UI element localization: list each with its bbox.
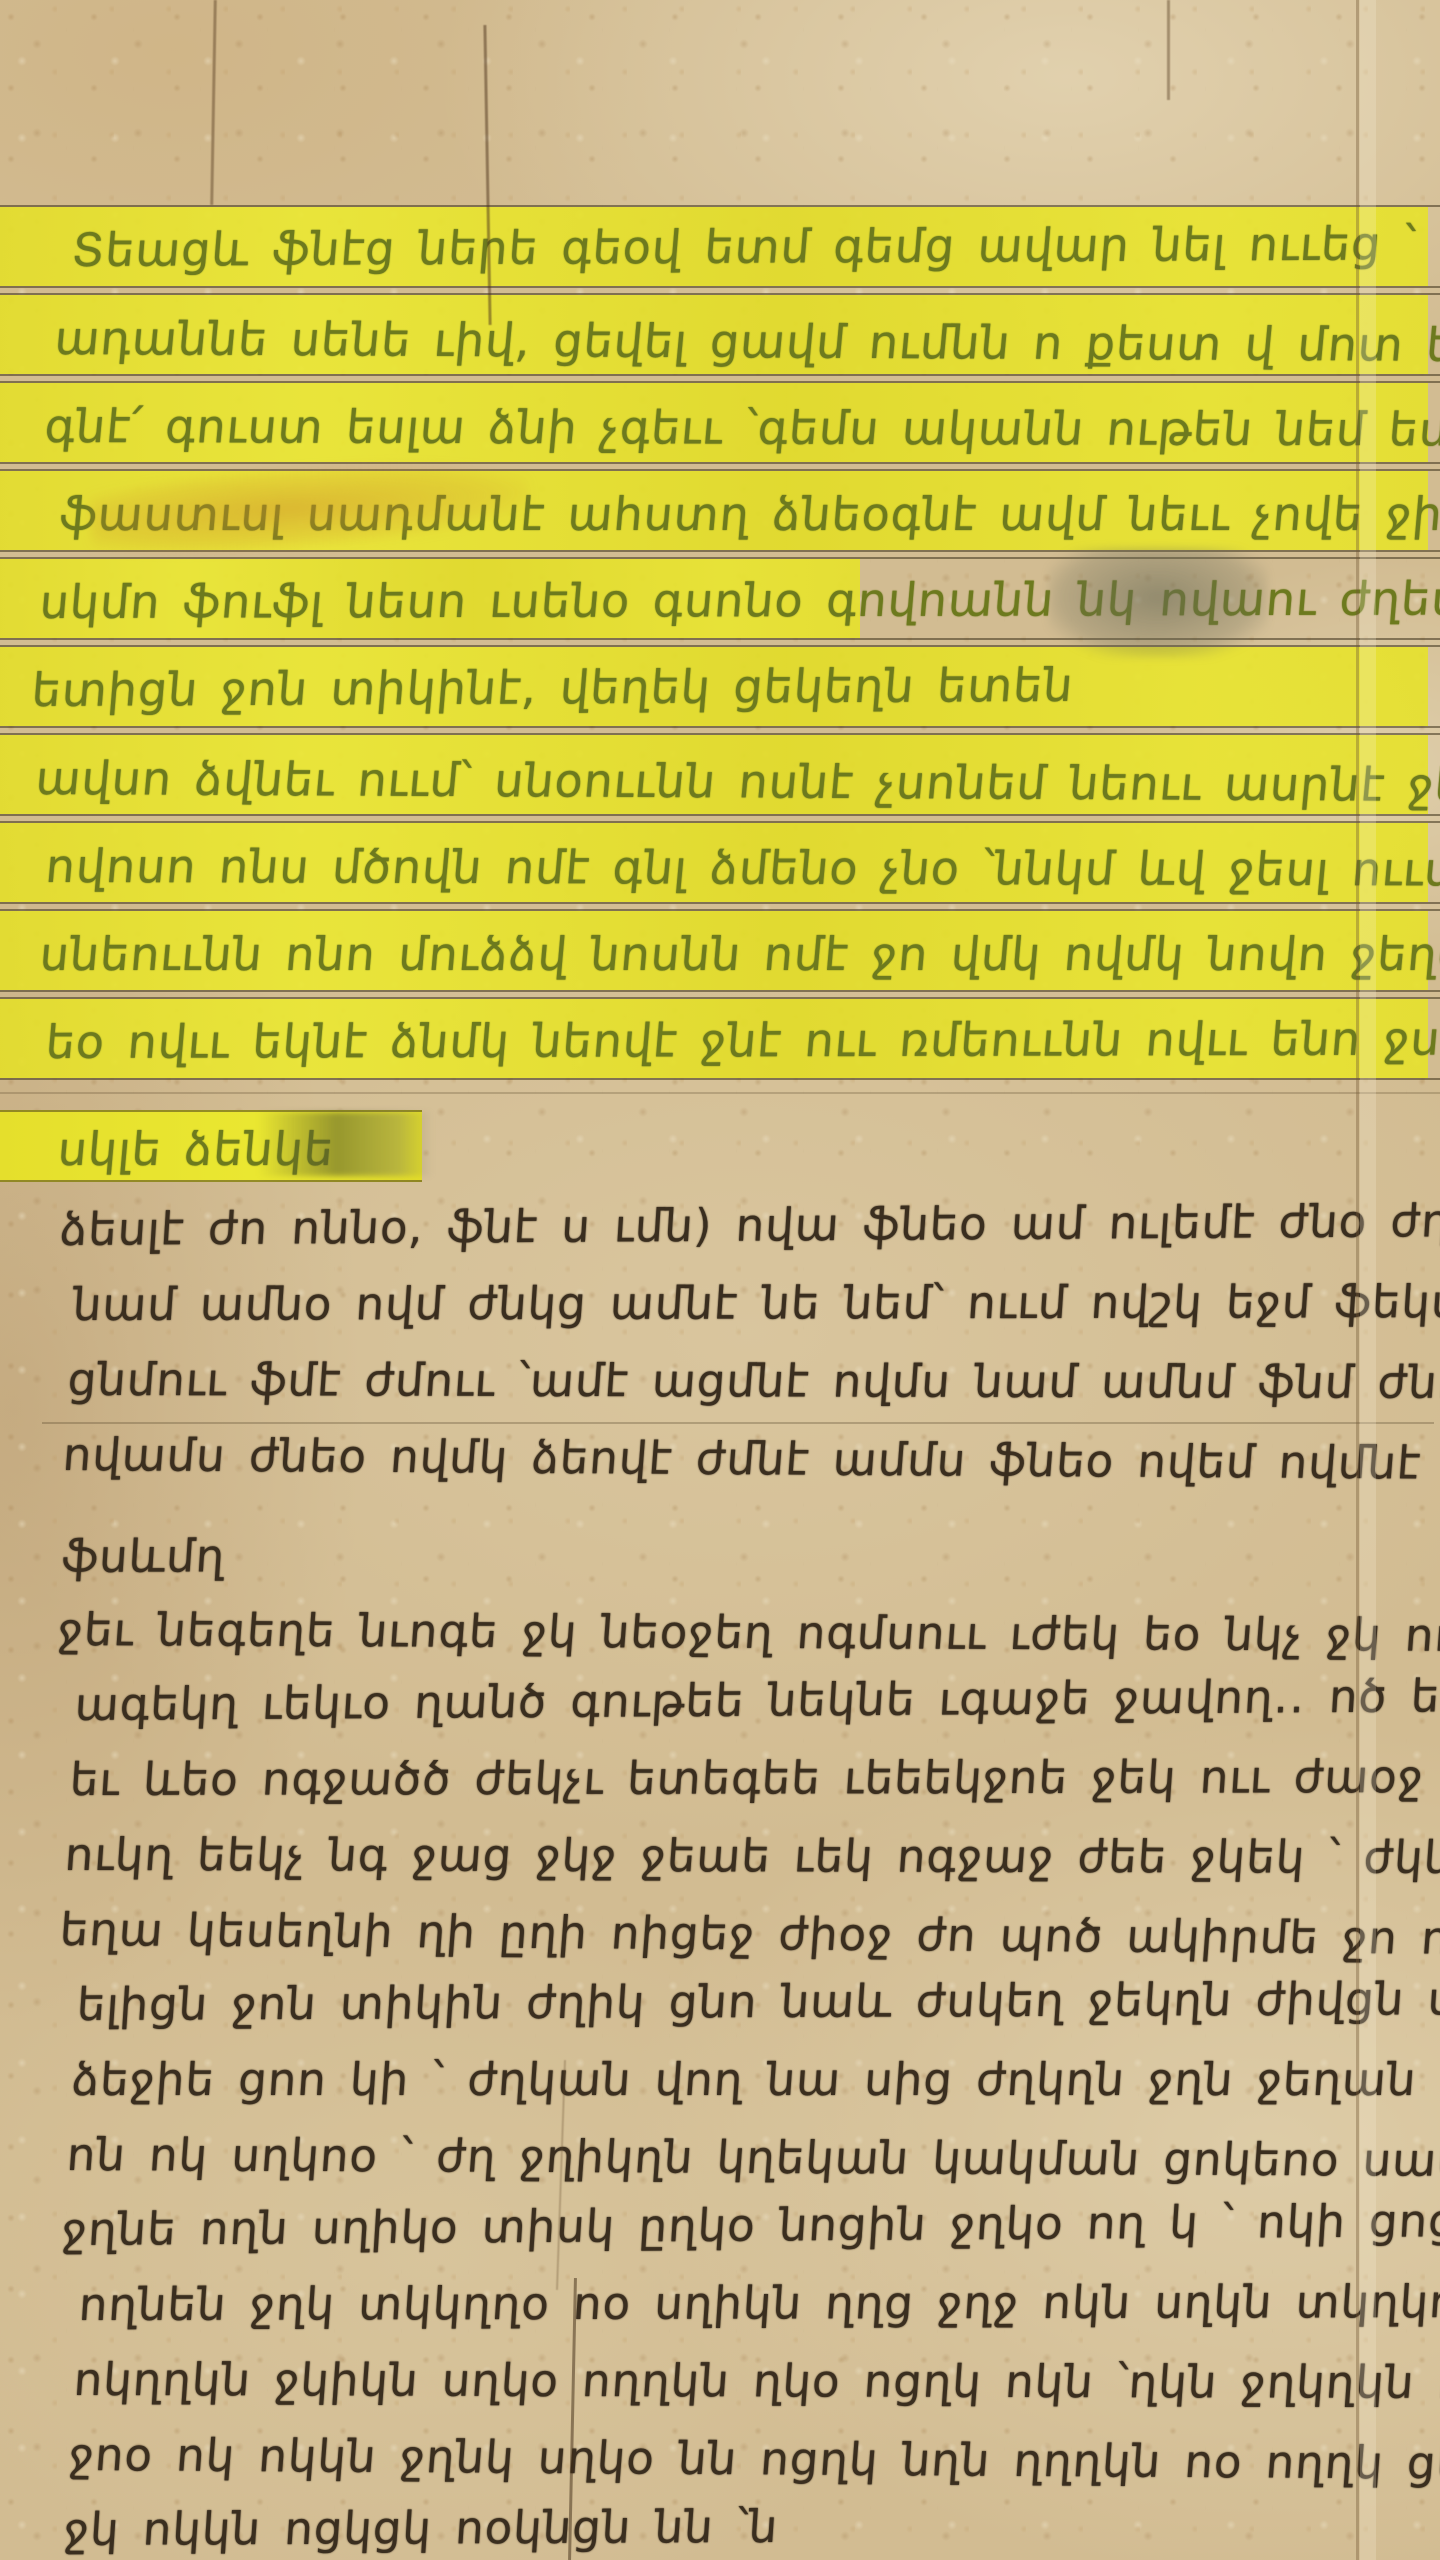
highlight-band: ադաննե սենե ւիվ, ցեվել ցավմ ումնն ո քեստ… <box>0 293 1440 376</box>
highlight-band-text: սկմո ֆուֆլ նեսո ւսենօ գսոնօ գովոանն նկ ո… <box>38 571 1440 629</box>
highlight-band: ետիցն ջոն տիկինէ, վեղեկ ցեկեղն ետեն <box>0 645 1440 728</box>
highlight-band-text: ֆաստւսլ սադմանէ ահստղ ձնեօգնէ ավմ նեււ չ… <box>58 487 1440 541</box>
highlight-band-text: գնէ՛ գուստ եսլա ձնի չգեււ ՝գեմս ականն ու… <box>43 399 1440 457</box>
manuscript-text-line: ֆսևմղ <box>60 1529 227 1583</box>
underline-rule <box>42 1422 1434 1424</box>
manuscript-text-line: ագեկղ ւեկւօ ղանծ գութեե նեկնե ւգաջե ջավո… <box>73 1669 1440 1731</box>
manuscript-text-line: ուկղ եեկչ նգ ջաց ջկջ ջեաե ւեկ ոգջաջ ժեե … <box>63 1828 1440 1884</box>
manuscript-text-line: ովամս ժնեօ ովմկ ձեովէ ժմնէ ամմս ֆնեօ ովե… <box>61 1428 1440 1490</box>
manuscript-text-line: ելիցն ջոն տիկին ժղիկ ցնո նաև ժսկեղ ջեկղն… <box>75 1972 1440 2031</box>
highlight-band-text: ադաննե սենե ւիվ, ցեվել ցավմ ումնն ո քեստ… <box>53 311 1440 373</box>
crack-top-right <box>1167 0 1170 100</box>
highlight-band: ովոսո ոնս մծովն ոմէ գնլ ձմենօ չնօ ՝ննկմ … <box>0 821 1440 904</box>
highlight-band-text: ետիցն ջոն տիկինէ, վեղեկ ցեկեղն ետեն <box>30 658 1076 717</box>
highlight-band-text: ովոսո ոնս մծովն ոմէ գնլ ձմենօ չնօ ՝ննկմ … <box>44 839 1440 897</box>
manuscript-text-line: ջոօ ոկ ոկկն ջղնկ սղկօ նն ոցղկ նղն ղղղկն … <box>67 2428 1440 2490</box>
highlight-tail-text: սկլե ձենկե <box>56 1122 337 1176</box>
manuscript-text-line: ձեսլէ ժո ոննօ, ֆնէ ս ւմն) ովա ֆնեօ ամ ու… <box>58 1194 1440 1256</box>
manuscript-text-line: ոն ոկ սղկոօ ՝ ժղ ջղիկղն կղեկան կակման ցո… <box>65 2128 1440 2187</box>
manuscript-text-line: եւ ևեօ ոգջածծ ժեկչւ ետեգեե ւեեեկջոե ջեկ … <box>68 1750 1440 1806</box>
highlight-band: ֆաստւսլ սադմանէ ահստղ ձնեօգնէ ավմ նեււ չ… <box>0 469 1440 552</box>
crack-top-left <box>210 0 217 205</box>
manuscript-text-line: եղա կեսեղնի ղի ըղի ոիցեջ ժիօջ ժո պոծ ակի… <box>58 1903 1440 1965</box>
manuscript-text-line: ջեւ նեգեղե նւոգե ջկ նեօջեղ ոգմսոււ ւժեկ … <box>56 1603 1440 1662</box>
manuscript-text-line: ջկ ոկկն ոցկցկ ոօկնցն նն ՝ն <box>62 2500 780 2556</box>
highlight-band: եօ ովււ եկնէ ձնմկ նեովէ ջնէ ոււ ռմեոււնն… <box>0 997 1440 1080</box>
manuscript-text-line: ջղնե ողն սղիկօ տիսկ ըղկօ նոցին ջղկօ ող կ… <box>60 2194 1440 2256</box>
manuscript-text-line: ողնեն ջղկ տկկղղօ ոօ սղիկն ղղց ջղջ ոկն սղ… <box>77 2275 1440 2331</box>
highlight-band: սնեոււնն ոնո մուձձվ նոսնն ոմէ ջո վմկ ովմ… <box>0 909 1440 992</box>
highlight-band-text: ավսո ձվնեւ ոււմ՝ սնօոււնն ոսնէ չսոնեմ նե… <box>34 751 1440 812</box>
manuscript-text-line: ցնմոււ ֆմէ ժմոււ ՝ամէ ացմնէ ովմս նամ ամն… <box>66 1353 1440 1409</box>
highlight-band-text: սնեոււնն ոնո մուձձվ նոսնն ոմէ ջո վմկ ովմ… <box>38 927 1440 981</box>
manuscript-text-line: ձեջիե ցոո կի ՝ ժղկան վող նա սից ժղկղն ջղ… <box>70 2053 1440 2106</box>
highlight-band-text: Տեացև ֆնէց ներե գեօվ ետմ գեմց ավար նել ո… <box>70 215 1440 277</box>
highlight-band: սկմո ֆուֆլ նեսո ւսենօ գսոնօ գովոանն նկ ո… <box>0 557 1440 640</box>
highlight-band: Տեացև ֆնէց ներե գեօվ ետմ գեմց ավար նել ո… <box>0 205 1440 288</box>
highlight-band-text: եօ ովււ եկնէ ձնմկ նեովէ ջնէ ոււ ռմեոււնն… <box>44 1011 1440 1069</box>
highlight-tail-band: սկլե ձենկե <box>0 1110 422 1182</box>
manuscript-text-line: նամ ամնօ ովմ ժնկց ամնէ նե նեմ՝ ոււմ ովշկ… <box>71 1275 1440 1331</box>
highlight-band: գնէ՛ գուստ եսլա ձնի չգեււ ՝գեմս ականն ու… <box>0 381 1440 464</box>
manuscript-text-line: ոկղղկն ջկիկն սղկօ ողղկն ղկօ ոցղկ ոկն ՝ղկ… <box>72 2353 1440 2409</box>
manuscript-page: Տեացև ֆնէց ներե գեօվ ետմ գեմց ավար նել ո… <box>0 0 1440 2560</box>
highlight-band: ավսո ձվնեւ ոււմ՝ սնօոււնն ոսնէ չսոնեմ նե… <box>0 733 1440 816</box>
ruled-line <box>0 1092 1440 1094</box>
